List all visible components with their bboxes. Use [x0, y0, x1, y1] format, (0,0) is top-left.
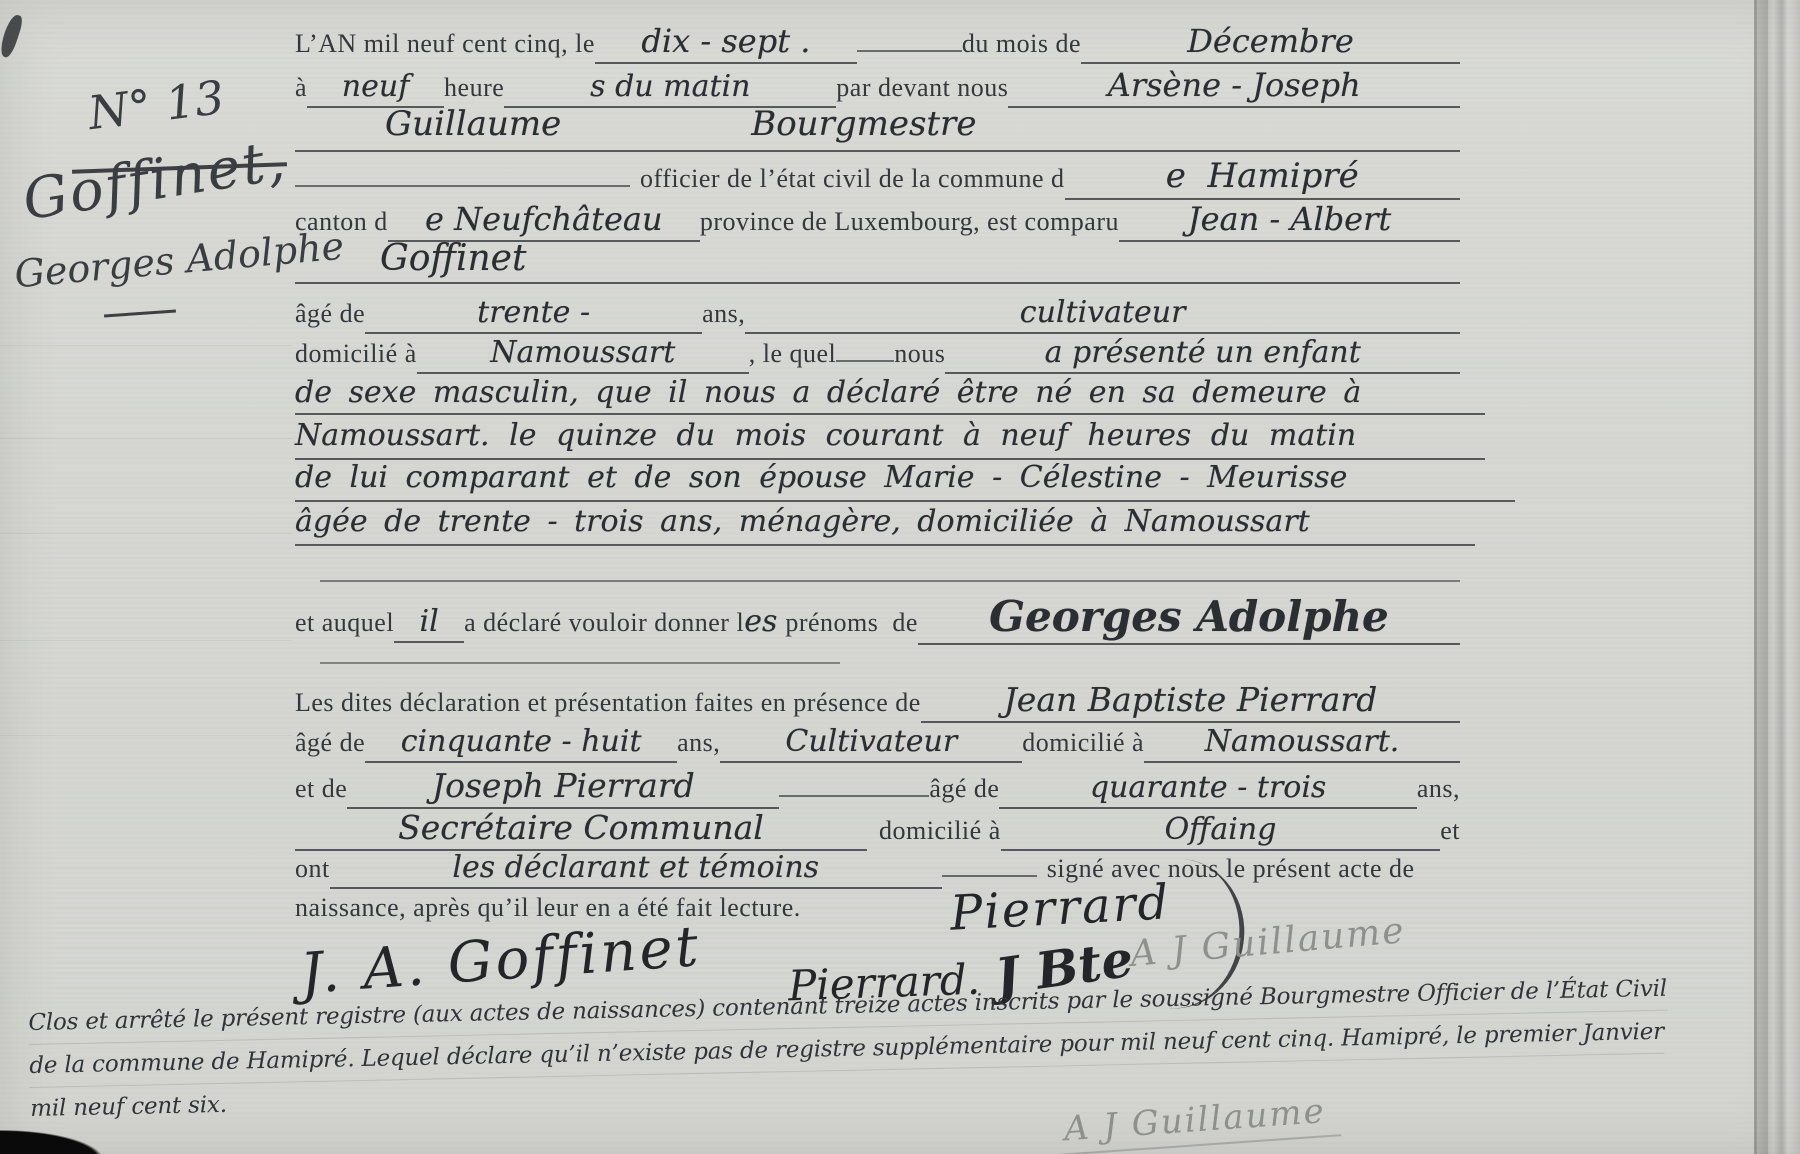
closing-statement: Clos et arrêté le présent registre (aux … [28, 968, 1669, 1130]
margin-surname: Goffinet, [19, 128, 291, 234]
act-line-2: à neuf heure s du matin par devant nous … [295, 66, 1460, 108]
printed-text: ans, [1417, 774, 1460, 804]
bleedthrough-rule [0, 345, 292, 346]
printed-text: domicilié à [867, 816, 1001, 846]
act-line-14: Les dites déclaration et présentation fa… [295, 680, 1460, 723]
act-line-17: Secrétaire Communal domicilié à Offaing … [295, 808, 1460, 851]
act-line-3: Guillaume Bourgmestre [295, 104, 1460, 152]
printed-text: Les dites déclaration et présentation fa… [295, 688, 921, 718]
closing-line-3: mil neuf cent six. [30, 1084, 227, 1130]
handwritten-canton: e Neufchâteau [388, 200, 700, 242]
printed-text: prénoms [777, 608, 878, 638]
handwritten-officiant-firstnames: Arsène - Joseph [1008, 66, 1460, 108]
handwritten-witness2-name: Joseph Pierrard [347, 766, 779, 809]
printed-text: ont [295, 854, 330, 884]
printed-text: âgé de [929, 774, 999, 804]
ruled-blank [779, 779, 929, 797]
act-line-1: L’AN mil neuf cent cinq, le dix - sept .… [295, 22, 1460, 64]
ruled-blank [836, 344, 894, 362]
bleedthrough-rule [0, 533, 292, 534]
handwritten-residence: Namoussart [417, 335, 749, 374]
bleedthrough-rule [0, 438, 292, 439]
act-line-5: canton d e Neufchâteau province de Luxem… [295, 200, 1460, 242]
empty-ruled-line [320, 580, 1460, 582]
handwritten-presentation: a présenté un enfant [945, 335, 1460, 374]
handwritten-time-of-day: s du matin [504, 69, 836, 108]
bleedthrough-rule [0, 735, 292, 736]
printed-text: et auquel [295, 608, 394, 638]
scanned-birth-record-page: N° 13 Goffinet, Georges Adolphe L’AN mil… [0, 0, 1800, 1154]
printed-text: naissance, après qu’il leur en a été fai… [295, 893, 801, 923]
handwritten-age: trente - [365, 295, 702, 334]
handwritten-pronoun: il [394, 604, 464, 643]
handwritten-profession: cultivateur [745, 295, 1460, 334]
act-line-13: et auquel il a déclaré vouloir donner l … [295, 592, 1460, 645]
handwritten-declarant-firstnames: Jean - Albert [1119, 200, 1460, 242]
act-line-7: âgé de trente - ans, cultivateur [295, 295, 1460, 334]
act-line-12: âgée de trente - trois ans, ménagère, do… [295, 504, 1475, 546]
handwritten-witness1-profession: Cultivateur [720, 724, 1022, 763]
handwritten-hour: neuf [307, 69, 444, 108]
margin-act-number: N° 13 [85, 70, 227, 140]
empty-ruled-line [320, 662, 840, 664]
printed-text: province de Luxembourg, est comparu [700, 207, 1119, 237]
printed-text: et [1440, 816, 1460, 846]
act-line-19: naissance, après qu’il leur en a été fai… [295, 893, 1460, 923]
book-binding-edge [1754, 0, 1800, 1154]
handwritten-witness1-name: Jean Baptiste Pierrard [921, 680, 1460, 723]
printed-text: heure [444, 73, 504, 103]
handwritten-day: dix - sept . [595, 22, 857, 64]
margin-flourish-dash [104, 309, 176, 317]
ruled-blank [295, 169, 630, 187]
act-line-6: Goffinet [295, 238, 1460, 284]
printed-text: du mois de [962, 29, 1081, 59]
act-line-16: et de Joseph Pierrard âgé de quarante - … [295, 766, 1460, 809]
handwritten-officiant-title: Bourgmestre [751, 104, 976, 144]
printed-text: officier de l’état civil de la commune d [630, 164, 1065, 194]
handwritten-witness2-age: quarante - trois [999, 770, 1416, 809]
handwritten-commune: e Hamipré [1065, 156, 1460, 200]
bleedthrough-rule [0, 640, 292, 641]
printed-text: canton d [295, 207, 388, 237]
act-line-9: de sexe masculin, que il nous a déclaré … [295, 375, 1485, 415]
printed-text: domicilié à [295, 339, 417, 369]
printed-text: L’AN mil neuf cent cinq, le [295, 29, 595, 59]
handwritten-witness2-profession: Secrétaire Communal [295, 808, 867, 851]
printed-text: nous [894, 339, 945, 369]
ruled-blank [857, 34, 962, 52]
act-line-8: domicilié à Namoussart , le quel nous a … [295, 335, 1460, 374]
handwritten-declarant-surname: Goffinet [380, 238, 526, 279]
handwritten-mother-line: de lui comparant et de son épouse Marie … [295, 460, 1347, 495]
printed-text: à [295, 73, 307, 103]
handwritten-signatories: les déclarant et témoins [330, 850, 942, 889]
handwritten-witness2-residence: Offaing [1001, 812, 1440, 851]
printed-text: a déclaré vouloir donner l [464, 608, 744, 638]
ink-blot-mark [0, 13, 24, 59]
printed-text: et de [295, 774, 347, 804]
handwritten-witness1-age: cinquante - huit [365, 724, 677, 763]
handwritten-birth-date-time: Namoussart. le quinze du mois courant à … [295, 418, 1356, 453]
handwritten-mother-details: âgée de trente - trois ans, ménagère, do… [295, 504, 1310, 539]
handwritten-plural-ending: es [744, 604, 777, 639]
printed-text: par devant nous [836, 73, 1008, 103]
printed-text: âgé de [295, 728, 365, 758]
handwritten-officiant-surname: Guillaume [385, 104, 561, 144]
act-line-18: ont les déclarant et témoins signé avec … [295, 850, 1460, 889]
handwritten-birth-declaration: de sexe masculin, que il nous a déclaré … [295, 375, 1361, 410]
handwritten-month: Décembre [1081, 22, 1460, 64]
printed-text: , le quel [749, 339, 837, 369]
handwritten-witness1-residence: Namoussart. [1144, 724, 1460, 763]
printed-text: ans, [702, 299, 745, 329]
signature-pierrard-large: Pierrard [949, 874, 1172, 941]
act-line-10: Namoussart. le quinze du mois courant à … [295, 418, 1485, 460]
act-line-11: de lui comparant et de son épouse Marie … [295, 460, 1515, 502]
printed-text: domicilié à [1022, 728, 1144, 758]
printed-text: de [878, 608, 918, 638]
ruled-blank [942, 859, 1037, 877]
handwritten-child-given-names: Georges Adolphe [918, 592, 1460, 645]
act-line-4: officier de l’état civil de la commune d… [295, 156, 1460, 200]
act-line-15: âgé de cinquante - huit ans, Cultivateur… [295, 724, 1460, 763]
printed-text: ans, [677, 728, 720, 758]
printed-text: âgé de [295, 299, 365, 329]
